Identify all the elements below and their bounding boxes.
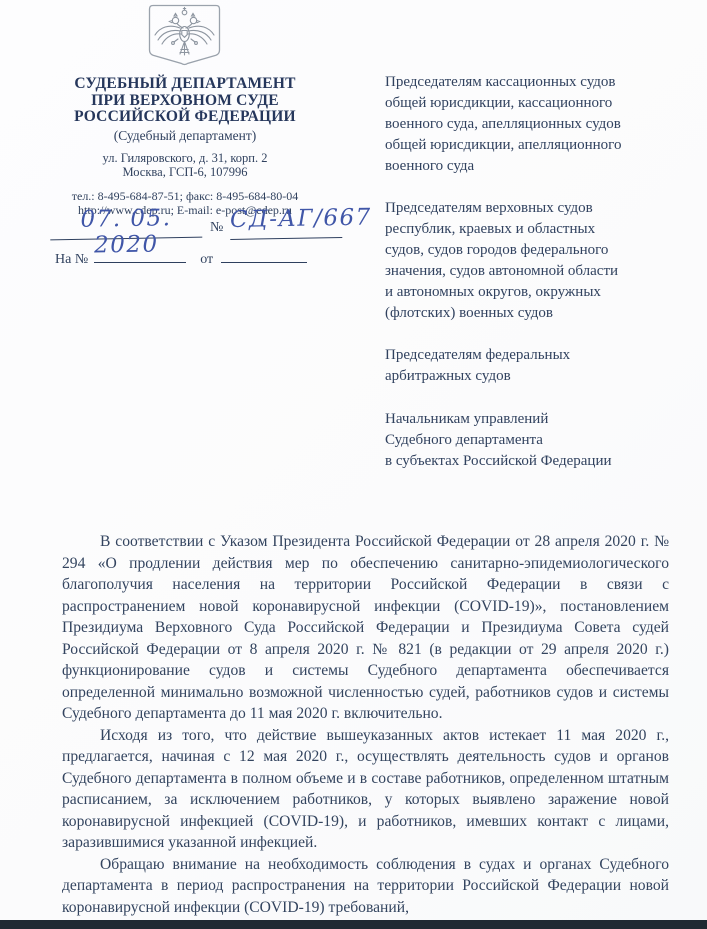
org-name: СУДЕБНЫЙ ДЕПАРТАМЕНТ ПРИ ВЕРХОВНОМ СУДЕ … (38, 76, 332, 126)
incoming-number-blank (94, 248, 186, 263)
addressee-department-heads: Начальникам управлений Судебного департа… (385, 409, 690, 472)
incoming-reference-row: На №от (55, 248, 347, 268)
ot-label: от (200, 252, 213, 268)
reference-row: 07. 05. 2020 № СД-АГ/667 (50, 206, 342, 242)
body-paragraph-1: В соответствии с Указом Президента Росси… (62, 531, 669, 725)
addressee-arbitration-courts: Председателям федеральных арбитражных су… (385, 345, 690, 387)
addressee-supreme-regional-courts: Председателям верховных судов республик,… (385, 198, 690, 324)
handwritten-number: СД-АГ/667 (230, 205, 343, 240)
scanned-letter-page: СУДЕБНЫЙ ДЕПАРТАМЕНТ ПРИ ВЕРХОВНОМ СУДЕ … (0, 0, 707, 929)
org-address: ул. Гиляровского, д. 31, корп. 2 Москва,… (38, 151, 332, 180)
number-sign: № (210, 220, 223, 236)
letterhead: СУДЕБНЫЙ ДЕПАРТАМЕНТ ПРИ ВЕРХОВНОМ СУДЕ … (38, 76, 332, 218)
body-paragraph-2: Исходя из того, что действие вышеуказанн… (62, 725, 669, 854)
org-short-name: (Судебный департамент) (38, 128, 332, 144)
handwritten-date: 07. 05. 2020 (50, 205, 203, 241)
coat-of-arms-icon (147, 3, 222, 69)
addressee-list: Председателям кассационных судов общей ю… (385, 72, 690, 493)
letter-body: В соответствии с Указом Президента Росси… (62, 531, 669, 918)
body-paragraph-3: Обращаю внимание на необходимость соблюд… (62, 854, 669, 919)
addressee-cassation-courts: Председателям кассационных судов общей ю… (385, 72, 690, 177)
page-bottom-edge (0, 920, 707, 929)
incoming-date-blank (221, 248, 307, 263)
na-number-label: На № (55, 252, 88, 268)
